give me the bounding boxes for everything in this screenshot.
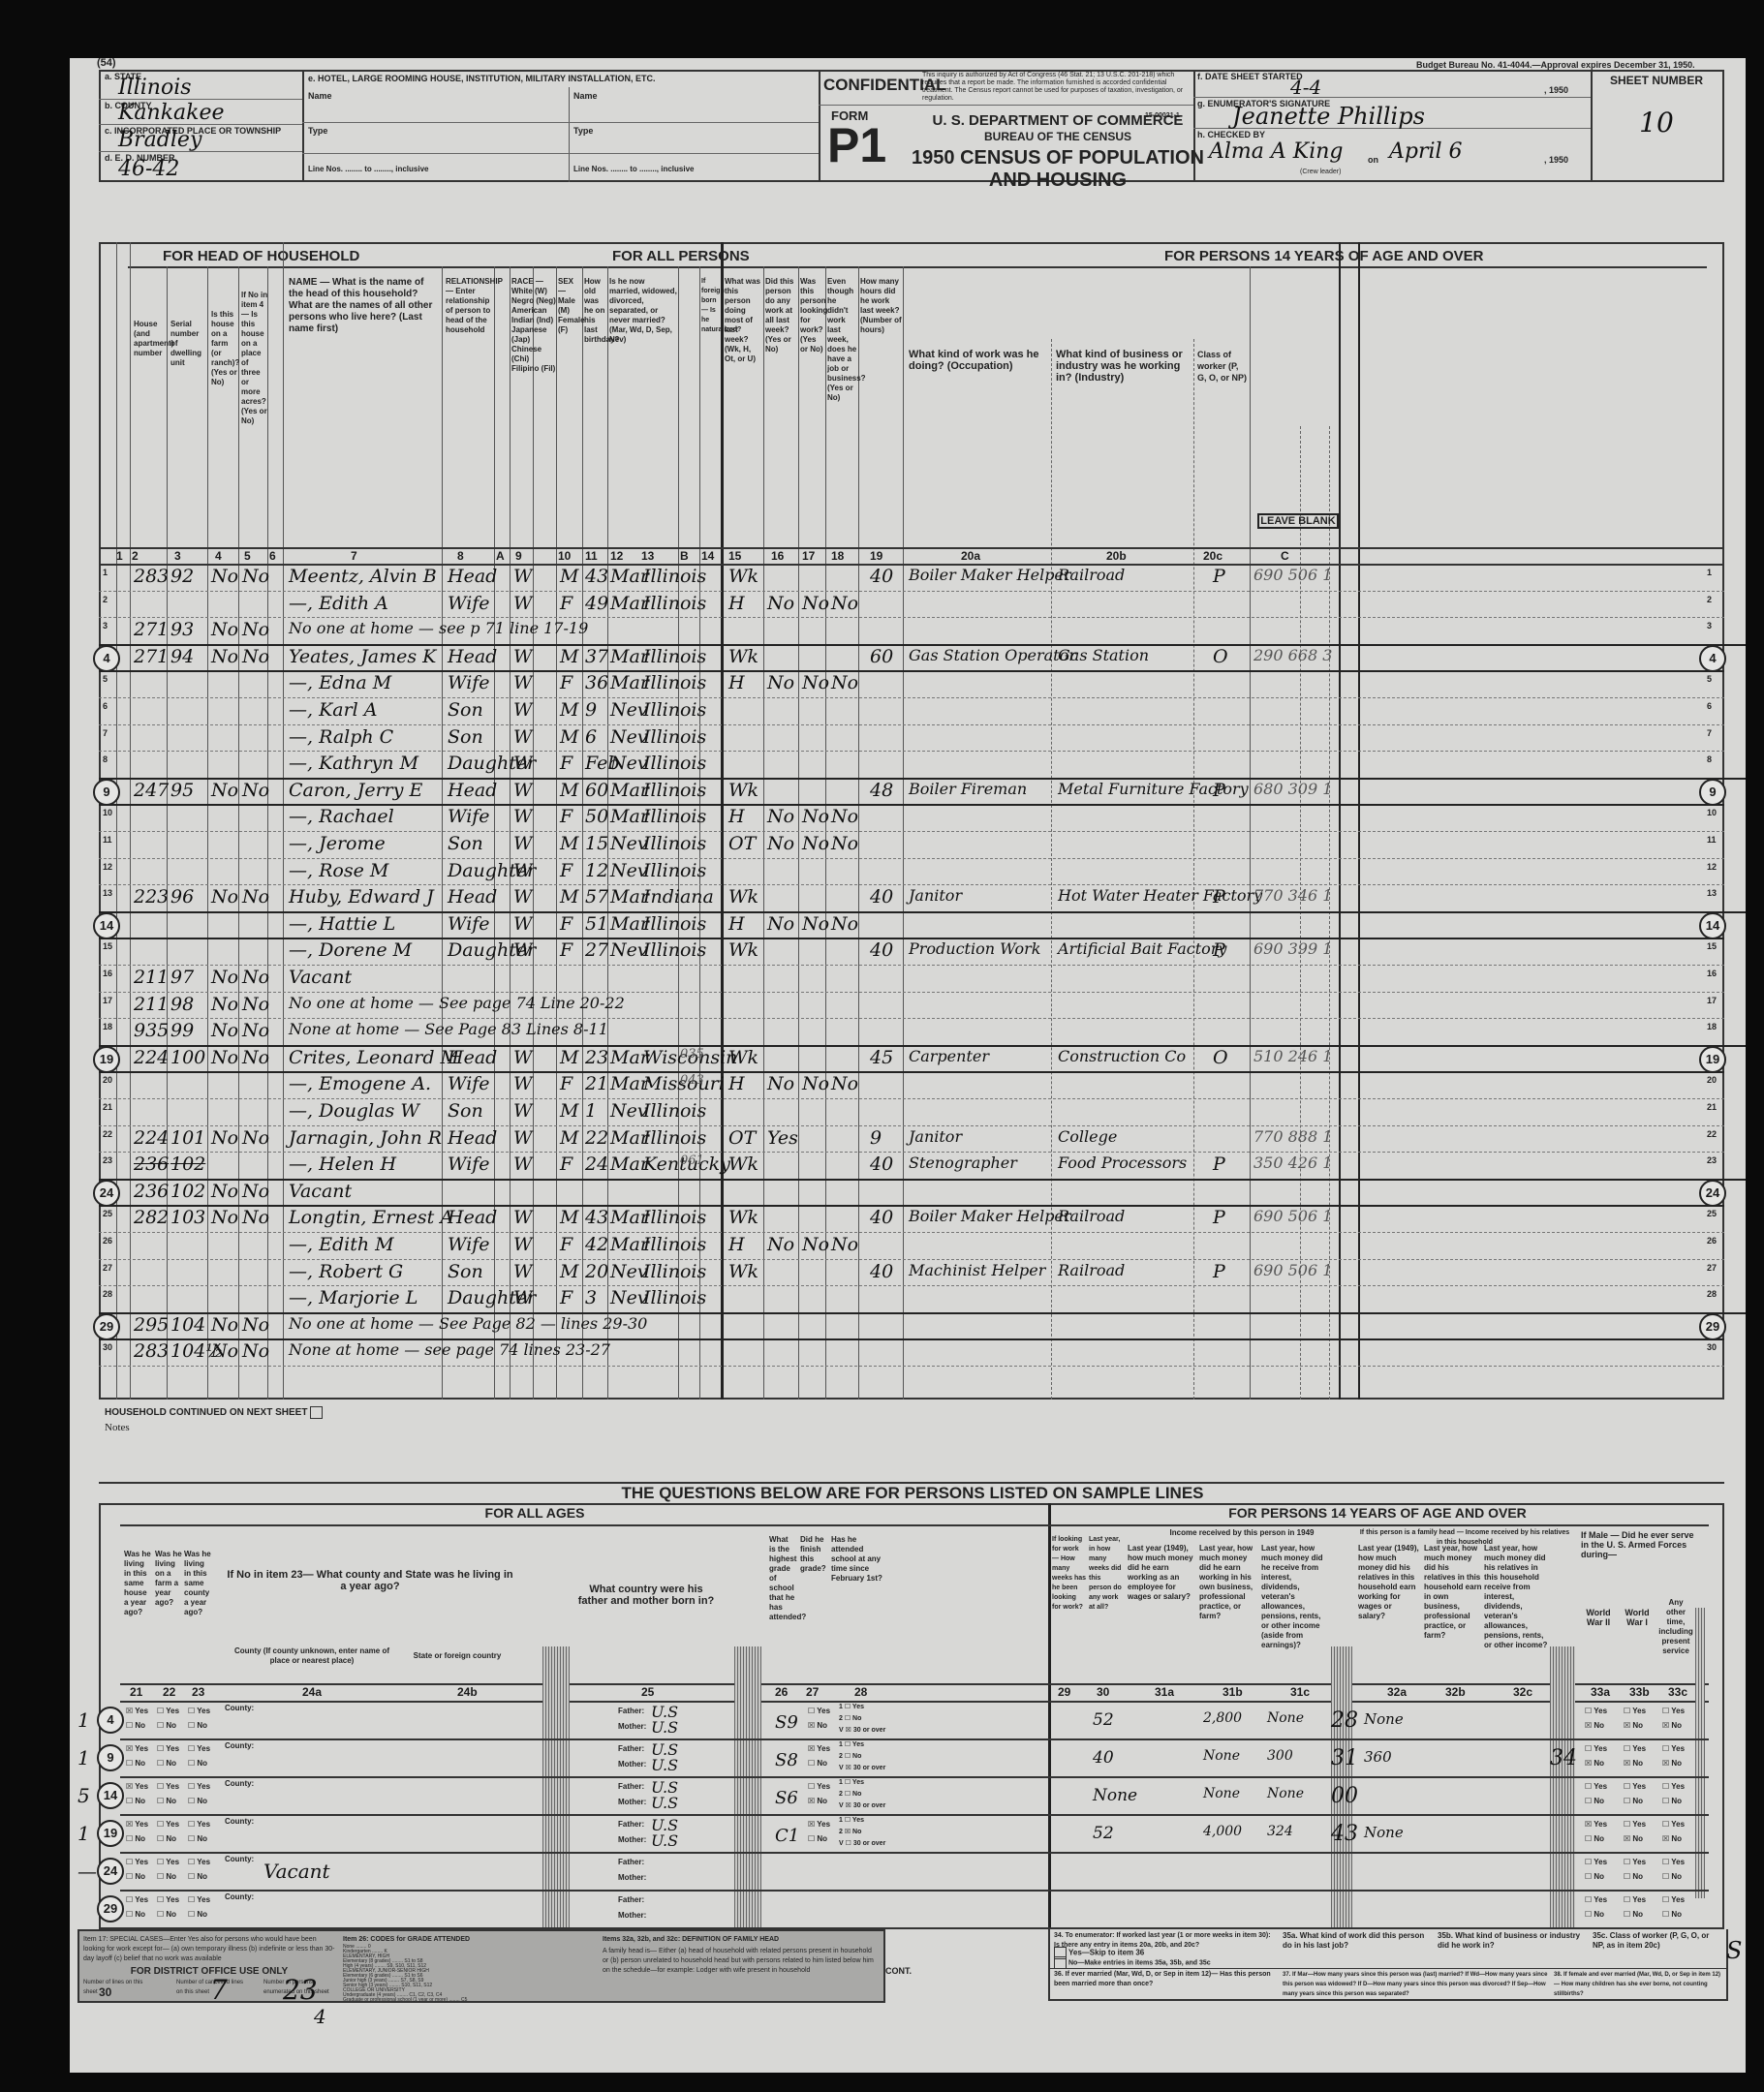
- cell-c18: No: [831, 913, 858, 935]
- cell-race: W: [513, 780, 533, 801]
- q21-checkbox-group[interactable]: ☒ Yes ☐ No: [126, 1779, 148, 1808]
- q32b-header: Last year, how much money did his relati…: [1424, 1544, 1482, 1641]
- cell-farm: No: [211, 1127, 238, 1149]
- cell-race: W: [513, 753, 533, 774]
- q33c-header: Any other time, including present servic…: [1658, 1598, 1693, 1656]
- cell-code: 690 506 1: [1253, 1261, 1332, 1279]
- cell-house: 236: [134, 1181, 169, 1202]
- q22-checkbox-group[interactable]: ☐ Yes ☐ No: [157, 1817, 179, 1846]
- cell-hours: 40: [870, 886, 893, 908]
- cell-colB: 061: [680, 1154, 704, 1168]
- parents-labels: Father: Mother:: [618, 1704, 646, 1735]
- county-label: County:: [225, 1704, 254, 1712]
- colhdr-8: RELATIONSHIP — Enter relationship of per…: [446, 277, 494, 335]
- q28-checkbox-group[interactable]: 1 ☐ Yes 2 ☒ No V ☐ 30 or over: [839, 1815, 885, 1850]
- cell-c17: No: [802, 913, 829, 935]
- income-person-header: Income received by this person in 1949: [1126, 1528, 1358, 1538]
- colhdr-11: How old was he on his last birthday?: [584, 277, 607, 345]
- column-number-12: 12: [610, 549, 623, 563]
- q31a-header: Last year (1949), how much money did he …: [1128, 1544, 1195, 1602]
- cell-sex: F: [560, 593, 573, 614]
- cell-c16: No: [767, 913, 794, 935]
- sample-line-number: 29: [97, 1895, 124, 1923]
- census-sheet: (54) Budget Bureau No. 41-4044.—Approval…: [70, 58, 1746, 2073]
- q35a-text: 35a. What kind of work did this person d…: [1283, 1931, 1428, 1951]
- cell-age: 37: [585, 646, 608, 667]
- cell-name: —, Edith A: [289, 593, 388, 614]
- q21-checkbox-group[interactable]: ☒ Yes ☐ No: [126, 1817, 148, 1846]
- cell-house: 211: [134, 967, 169, 988]
- cell-birthplace: Illinois: [643, 780, 706, 801]
- c33c-checkbox-group[interactable]: ☐ Yes ☒ No: [1662, 1741, 1685, 1770]
- sample-cell-mother: U.S: [651, 1831, 678, 1850]
- sample-cell-weeks: 52: [1093, 1824, 1114, 1843]
- sample-prefix-mark: 1: [77, 1708, 90, 1732]
- sample-column-number-31c: 31c: [1290, 1685, 1310, 1699]
- cell-rel: Son: [448, 833, 483, 854]
- line-number-right: 10: [1707, 808, 1717, 817]
- sample-cell-grade: C1: [775, 1826, 799, 1846]
- cell-c17: No: [802, 806, 829, 827]
- line-number: 25: [103, 1209, 112, 1218]
- bureau-title: BUREAU OF THE CENSUS: [922, 130, 1193, 143]
- cell-sex: F: [560, 1287, 573, 1308]
- cell-rel: Head: [448, 1127, 497, 1149]
- cell-colB: 035: [680, 1047, 704, 1061]
- q22-checkbox-group[interactable]: ☐ Yes ☐ No: [157, 1779, 179, 1808]
- sample-cell-weeks: None: [1093, 1786, 1137, 1805]
- cell-name: None at home — See Page 83 Lines 8-11: [289, 1020, 608, 1038]
- sample-cell-county: Vacant: [263, 1860, 330, 1883]
- column-number-C: C: [1281, 549, 1289, 563]
- ask-ques-below-marker: 29: [1699, 1313, 1726, 1340]
- q22-checkbox-group[interactable]: ☐ Yes ☐ No: [157, 1892, 179, 1922]
- q23-checkbox-group[interactable]: ☐ Yes ☐ No: [188, 1817, 210, 1846]
- sample-column-number-33c: 33c: [1668, 1685, 1687, 1699]
- cell-name: —, Kathryn M: [289, 753, 418, 774]
- q22-checkbox-group[interactable]: ☐ Yes ☐ No: [157, 1704, 179, 1733]
- sample-line-number: 19: [97, 1820, 124, 1847]
- sample-column-number-30: 30: [1097, 1685, 1109, 1699]
- cell-birthplace: Illinois: [643, 939, 706, 961]
- line-number-right: 27: [1707, 1263, 1717, 1273]
- cell-rel: Head: [448, 886, 497, 908]
- sample-column-number-24b: 24b: [457, 1685, 478, 1699]
- q23-checkbox-group[interactable]: ☐ Yes ☐ No: [188, 1704, 210, 1733]
- q21-checkbox-group[interactable]: ☒ Yes ☐ No: [126, 1704, 148, 1733]
- c33b-checkbox-group[interactable]: ☐ Yes ☒ No: [1624, 1704, 1646, 1733]
- q23-checkbox-group[interactable]: ☐ Yes ☐ No: [188, 1779, 210, 1808]
- cell-serial: 92: [170, 566, 194, 587]
- line-number: 1: [103, 568, 108, 577]
- parents-labels: Father: Mother:: [618, 1892, 646, 1923]
- cell-race: W: [513, 913, 533, 935]
- q23-checkbox-group[interactable]: ☐ Yes ☐ No: [188, 1855, 210, 1884]
- section-all-persons: FOR ALL PERSONS: [612, 248, 750, 264]
- cell-name: —, Dorene M: [289, 939, 412, 961]
- cell-age: 51: [585, 913, 608, 935]
- cell-race: W: [513, 1234, 533, 1255]
- cell-name: Jarnagin, John R: [289, 1127, 442, 1149]
- c33b-checkbox-group[interactable]: ☐ Yes ☐ No: [1624, 1855, 1646, 1884]
- cell-c15: Wk: [728, 566, 758, 587]
- cell-c16: No: [767, 806, 794, 827]
- cell-sex: M: [560, 886, 578, 908]
- cell-sex: M: [560, 1207, 578, 1228]
- q23-checkbox-group[interactable]: ☐ Yes ☐ No: [188, 1892, 210, 1922]
- cell-birthplace: Illinois: [643, 1234, 706, 1255]
- cell-race: W: [513, 833, 533, 854]
- cell-c16: Yes: [767, 1127, 798, 1149]
- cell-c15: H: [728, 913, 745, 935]
- cell-c15: Wk: [728, 646, 758, 667]
- q22-header: Was he living on a farm a year ago?: [155, 1550, 182, 1608]
- line-number-right: 8: [1707, 754, 1712, 764]
- cell-sex: F: [560, 1073, 573, 1094]
- sample-prefix-mark: 1: [77, 1746, 90, 1769]
- line-number-right: 2: [1707, 595, 1712, 604]
- cell-birthplace: Illinois: [643, 1207, 706, 1228]
- hotel-name-label-2: Name: [573, 91, 598, 101]
- hotel-type-label-1: Type: [308, 126, 327, 136]
- sample-column-number-22: 22: [163, 1685, 175, 1699]
- cell-c15: Wk: [728, 1261, 758, 1282]
- c33c-checkbox-group[interactable]: ☐ Yes ☒ No: [1662, 1704, 1685, 1733]
- cell-age: 12: [585, 860, 608, 881]
- cell-colB: 043: [680, 1073, 704, 1088]
- q38-text: 38. If female and ever married (Mar, Wd,…: [1554, 1970, 1723, 1999]
- cell-code: 690 506 1: [1253, 566, 1332, 584]
- cell-c15: H: [728, 1073, 745, 1094]
- budget-bureau-note: Budget Bureau No. 41-4044.—Approval expi…: [1416, 60, 1695, 70]
- cell-c17: No: [802, 672, 829, 693]
- cell-birthplace: Illinois: [643, 1100, 706, 1122]
- cell-acres: No: [242, 619, 269, 640]
- section-head-of-household: FOR HEAD OF HOUSEHOLD: [163, 248, 359, 264]
- q37-text: 37. If Mar—How many years since this per…: [1283, 1970, 1554, 1999]
- household-continued-checkbox[interactable]: [310, 1406, 323, 1419]
- sample-persons-14: FOR PERSONS 14 YEARS OF AGE AND OVER: [1135, 1505, 1620, 1521]
- cell-name: Longtin, Ernest A: [289, 1207, 453, 1228]
- c33a-checkbox-group[interactable]: ☐ Yes ☐ No: [1585, 1892, 1607, 1922]
- colhdr-17: Was this person looking for work? (Yes o…: [800, 277, 825, 354]
- cell-name: —, Ralph C: [289, 726, 393, 748]
- cell-farm: No: [211, 886, 238, 908]
- sample-line-marker: 24: [93, 1180, 120, 1207]
- cell-rel: Head: [448, 780, 497, 801]
- column-number-B: B: [680, 549, 689, 563]
- q22-checkbox-group[interactable]: ☐ Yes ☐ No: [157, 1741, 179, 1770]
- cell-name: No one at home — See Page 82 — lines 29-…: [289, 1314, 647, 1333]
- line-number-right: 17: [1707, 996, 1717, 1005]
- cell-c16: No: [767, 833, 794, 854]
- cell-acres: No: [242, 1181, 269, 1202]
- checked-on: on: [1368, 155, 1378, 165]
- column-number-20c: 20c: [1203, 549, 1222, 563]
- line-number: 15: [103, 941, 112, 951]
- cell-code: 290 668 3: [1253, 646, 1332, 664]
- line-number-right: 16: [1707, 969, 1717, 978]
- q28-checkbox-group[interactable]: 1 ☐ Yes 2 ☐ No V ☒ 30 or over: [839, 1739, 885, 1774]
- sample-line-marker: 29: [93, 1313, 120, 1340]
- cell-occupation: Janitor: [909, 1127, 962, 1146]
- line-number-right: 25: [1707, 1209, 1717, 1218]
- cell-farm: No: [211, 646, 238, 667]
- cell-serial: 102: [170, 1154, 205, 1175]
- line-number: 16: [103, 969, 112, 978]
- colhdr-15: What was this person doing most of last …: [725, 277, 763, 364]
- cell-age: 50: [585, 806, 608, 827]
- c33a-checkbox-group[interactable]: ☐ Yes ☐ No: [1585, 1855, 1607, 1884]
- sample-cell-mother: U.S: [651, 1756, 678, 1774]
- line-number-right: 5: [1707, 674, 1712, 684]
- c33c-checkbox-group[interactable]: ☐ Yes ☐ No: [1662, 1892, 1685, 1922]
- line-number-right: 12: [1707, 862, 1717, 872]
- census-title: 1950 CENSUS OF POPULATION AND HOUSING: [903, 147, 1213, 192]
- date-started: 4-4: [1290, 76, 1321, 99]
- cell-name: —, Helen H: [289, 1154, 396, 1175]
- cell-race: W: [513, 646, 533, 667]
- q28-checkbox-group[interactable]: 1 ☐ Yes 2 ☐ No V ☒ 30 or over: [839, 1777, 885, 1812]
- cell-sex: F: [560, 939, 573, 961]
- cell-hours: 40: [870, 1207, 893, 1228]
- sample-column-number-row: 21222324a24bD25E262728293031a31b31cF32a3…: [70, 1685, 1746, 1699]
- cell-acres: No: [242, 967, 269, 988]
- notes-label: Notes: [105, 1422, 130, 1433]
- cell-acres: No: [242, 1127, 269, 1149]
- line-nos-2: Line Nos. ........ to ........, inclusiv…: [573, 165, 694, 174]
- cell-c16: No: [767, 1073, 794, 1094]
- column-number-20b: 20b: [1106, 549, 1127, 563]
- q22-checkbox-group[interactable]: ☐ Yes ☐ No: [157, 1855, 179, 1884]
- cell-c16: No: [767, 593, 794, 614]
- q28-checkbox-group[interactable]: 1 ☐ Yes 2 ☐ No V ☒ 30 or over: [839, 1702, 885, 1737]
- cell-age: 43: [585, 1207, 608, 1228]
- cell-rel: Son: [448, 1100, 483, 1122]
- cell-age: 15: [585, 833, 608, 854]
- lines-on-sheet-value: 30: [99, 1985, 111, 1999]
- cell-race: W: [513, 1073, 533, 1094]
- cell-serial: 94: [170, 646, 194, 667]
- q27-checkbox-group[interactable]: ☐ Yes ☒ No: [808, 1779, 830, 1808]
- q35b-text: 35b. What kind of business or industry d…: [1438, 1931, 1583, 1951]
- sample-prefix-mark: —: [77, 1860, 97, 1883]
- q27-checkbox-group[interactable]: ☒ Yes ☐ No: [808, 1817, 830, 1846]
- checked-date: April 6: [1389, 139, 1463, 164]
- date-label: f. DATE SHEET STARTED: [1197, 72, 1303, 81]
- sample-column-number-25: 25: [641, 1685, 654, 1699]
- colhdr-18: Even though he didn't work last week, do…: [827, 277, 858, 403]
- cell-sex: F: [560, 860, 573, 881]
- line-number-right: 26: [1707, 1236, 1717, 1246]
- c33c-checkbox-group[interactable]: ☐ Yes ☒ No: [1662, 1817, 1685, 1846]
- county-label: County:: [225, 1855, 254, 1863]
- place-value: Bradley: [118, 128, 201, 152]
- q21-checkbox-group[interactable]: ☐ Yes ☐ No: [126, 1892, 148, 1922]
- cell-birthplace: Illinois: [643, 753, 706, 774]
- cell-name: —, Edna M: [289, 672, 391, 693]
- cell-serial: 95: [170, 780, 194, 801]
- c33c-checkbox-group[interactable]: ☐ Yes ☐ No: [1662, 1855, 1685, 1884]
- colhdr-19: How many hours did he work last week? (N…: [860, 277, 903, 335]
- line-number: 7: [103, 728, 108, 738]
- cell-sex: F: [560, 1154, 573, 1175]
- c33b-checkbox-group[interactable]: ☐ Yes ☐ No: [1624, 1892, 1646, 1922]
- line-number: 28: [103, 1289, 112, 1299]
- q31c-header: Last year, how much money did he receive…: [1261, 1544, 1329, 1650]
- cell-sex: F: [560, 1234, 573, 1255]
- cancelled-lines-value: 7: [210, 1974, 228, 2006]
- line-number-right: 30: [1707, 1342, 1717, 1352]
- cell-code: 680 309 1: [1253, 780, 1332, 798]
- c33a-checkbox-group[interactable]: ☐ Yes ☐ No: [1585, 1779, 1607, 1808]
- cell-rel: Head: [448, 1207, 497, 1228]
- bottom-mark: 4: [314, 2005, 326, 2028]
- q31b-header: Last year, how much money did he earn wo…: [1199, 1544, 1257, 1621]
- line-number: 10: [103, 808, 112, 817]
- cell-sex: M: [560, 1127, 578, 1149]
- cell-sex: M: [560, 726, 578, 748]
- line-number-right: 7: [1707, 728, 1712, 738]
- cell-c15: H: [728, 1234, 745, 1255]
- sample-cell-w31c: None: [1267, 1786, 1304, 1801]
- cell-hours: 48: [870, 780, 893, 801]
- cell-c18: No: [831, 833, 858, 854]
- cell-name: Yeates, James K: [289, 646, 436, 667]
- sample-prefix-mark: 5: [77, 1784, 90, 1807]
- cell-rel: Son: [448, 699, 483, 721]
- cell-class: O: [1213, 646, 1228, 667]
- q26-header: What is the highest grade of school that…: [769, 1535, 796, 1622]
- column-number-5: 5: [244, 549, 251, 563]
- line-number-right: 13: [1707, 888, 1717, 898]
- county-label: County:: [225, 1817, 254, 1826]
- cell-race: W: [513, 860, 533, 881]
- cell-occupation: Janitor: [909, 886, 962, 905]
- cell-birthplace: Illinois: [643, 593, 706, 614]
- sample-column-number-31a: 31a: [1155, 1685, 1174, 1699]
- sample-cell-w32a: 360: [1364, 1748, 1392, 1766]
- c33a-checkbox-group[interactable]: ☐ Yes ☒ No: [1585, 1704, 1607, 1733]
- cell-name: —, Jerome: [289, 833, 386, 854]
- cell-farm: No: [211, 994, 238, 1015]
- cell-rel: Son: [448, 726, 483, 748]
- sheet-number-label: SHEET NUMBER: [1598, 74, 1715, 87]
- cell-rel: Head: [448, 646, 497, 667]
- cell-farm: No: [211, 1047, 238, 1068]
- cell-code: 350 426 1: [1253, 1154, 1332, 1172]
- cell-serial: 93: [170, 619, 194, 640]
- q24-header: If No in item 23— What county and State …: [225, 1569, 515, 1592]
- cell-c18: No: [831, 806, 858, 827]
- cell-age: 24: [585, 1154, 608, 1175]
- line-number: 12: [103, 862, 112, 872]
- parents-labels: Father: Mother:: [618, 1817, 646, 1848]
- cell-c15: OT: [728, 833, 756, 854]
- cell-birthplace: Illinois: [643, 726, 706, 748]
- sample-cell-w31b: 4,000: [1203, 1824, 1242, 1839]
- cell-house: 224: [134, 1127, 169, 1149]
- cell-occupation: Stenographer: [909, 1154, 1017, 1172]
- line-number: 11: [103, 835, 112, 845]
- c33b-checkbox-group[interactable]: ☐ Yes ☒ No: [1624, 1817, 1646, 1846]
- cell-name: None at home — see page 74 lines 23-27: [289, 1340, 610, 1359]
- column-number-16: 16: [771, 549, 784, 563]
- cell-house: 211: [134, 994, 169, 1015]
- line-number-right: 3: [1707, 621, 1712, 631]
- cell-race: W: [513, 939, 533, 961]
- column-number-2: 2: [132, 549, 139, 563]
- line-number-right: 18: [1707, 1022, 1717, 1031]
- cell-occupation: Boiler Maker Helper: [909, 566, 1071, 584]
- c33a-checkbox-group[interactable]: ☐ Yes ☒ No: [1585, 1741, 1607, 1770]
- column-number-3: 3: [174, 549, 181, 563]
- cell-class: P: [1213, 566, 1225, 587]
- cell-rel: Son: [448, 1261, 483, 1282]
- sample-column-number-33b: 33b: [1629, 1685, 1650, 1699]
- sample-cell-w31b: 2,800: [1203, 1710, 1242, 1726]
- cell-hours: 40: [870, 1261, 893, 1282]
- line-number-right: 22: [1707, 1129, 1717, 1139]
- column-number-15: 15: [728, 549, 741, 563]
- c33a-checkbox-group[interactable]: ☒ Yes ☐ No: [1585, 1817, 1607, 1846]
- sample-cell-w31b: None: [1203, 1786, 1240, 1801]
- colhdr-20a: What kind of work was he doing? (Occupat…: [909, 349, 1049, 372]
- hotel-name-label-1: Name: [308, 91, 332, 101]
- cell-age: 36: [585, 672, 608, 693]
- q27-checkbox-group[interactable]: ☐ Yes ☒ No: [808, 1704, 830, 1733]
- cell-race: W: [513, 699, 533, 721]
- cell-sex: M: [560, 1261, 578, 1282]
- q33-header: If Male — Did he ever serve in the U. S.…: [1581, 1530, 1697, 1559]
- cell-occupation: Boiler Maker Helper: [909, 1207, 1071, 1225]
- q27-checkbox-group[interactable]: ☒ Yes ☐ No: [808, 1741, 830, 1770]
- q21-checkbox-group[interactable]: ☒ Yes ☐ No: [126, 1741, 148, 1770]
- q33a-header: World War II: [1581, 1608, 1616, 1627]
- sample-line-number: 9: [97, 1744, 124, 1771]
- c33c-checkbox-group[interactable]: ☐ Yes ☐ No: [1662, 1779, 1685, 1808]
- c33b-checkbox-group[interactable]: ☐ Yes ☐ No: [1624, 1779, 1646, 1808]
- sample-line-marker: 9: [93, 779, 120, 806]
- cell-race: W: [513, 1100, 533, 1122]
- cell-occupation: Boiler Fireman: [909, 780, 1027, 798]
- cell-sex: M: [560, 1047, 578, 1068]
- parents-labels: Father: Mother:: [618, 1741, 646, 1772]
- cell-name: —, Robert G: [289, 1261, 403, 1282]
- sample-column-number-32c: 32c: [1513, 1685, 1532, 1699]
- cell-industry: Construction Co: [1058, 1047, 1186, 1065]
- cell-class: O: [1213, 1047, 1228, 1068]
- q21-checkbox-group[interactable]: ☐ Yes ☐ No: [126, 1855, 148, 1884]
- q23-checkbox-group[interactable]: ☐ Yes ☐ No: [188, 1741, 210, 1770]
- q24a-header: County (If county unknown, enter name of…: [225, 1646, 399, 1666]
- sample-all-ages: FOR ALL AGES: [341, 1505, 728, 1521]
- sample-cell-grade: S6: [775, 1788, 798, 1808]
- cell-name: Huby, Edward J: [289, 886, 434, 908]
- date-year: , 1950: [1544, 85, 1568, 95]
- cell-c18: No: [831, 1073, 858, 1094]
- c33b-checkbox-group[interactable]: ☐ Yes ☒ No: [1624, 1741, 1646, 1770]
- cell-acres: No: [242, 994, 269, 1015]
- form-id: P1: [827, 120, 886, 170]
- cell-name: —, Emogene A.: [289, 1073, 431, 1094]
- ask-ques-below-marker: 19: [1699, 1046, 1726, 1073]
- sample-cell-F: 31: [1331, 1746, 1358, 1770]
- sample-cell-grade: S8: [775, 1750, 798, 1770]
- colhdr-20b: What kind of business or industry was he…: [1056, 349, 1191, 384]
- line-number-right: 11: [1707, 835, 1717, 845]
- line-number: 2: [103, 595, 108, 604]
